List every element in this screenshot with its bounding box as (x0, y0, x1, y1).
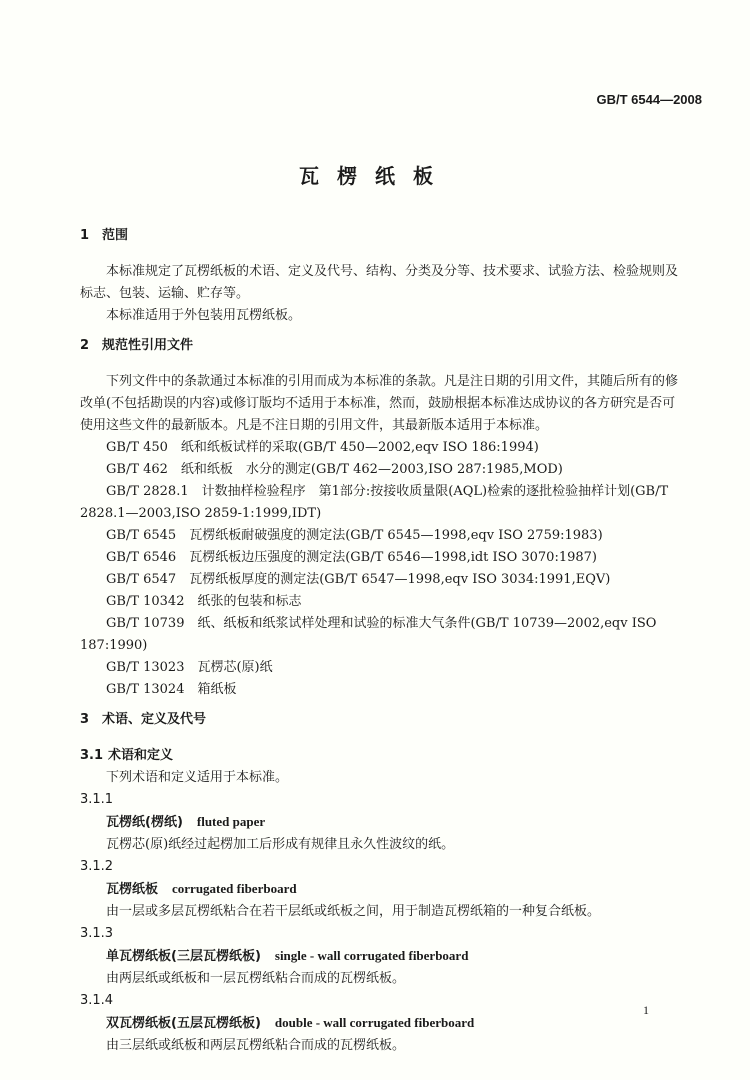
paragraph: 本标准适用于外包装用瓦楞纸板。 (80, 305, 680, 327)
reference-item: GB/T 462 纸和纸板 水分的测定(GB/T 462—2003,ISO 28… (80, 459, 680, 481)
reference-item: GB/T 6545 瓦楞纸板耐破强度的测定法(GB/T 6545—1998,eq… (80, 525, 680, 547)
term-title: 单瓦楞纸板(三层瓦楞纸板)single - wall corrugated fi… (106, 945, 680, 968)
reference-item: GB/T 2828.1 计数抽样检验程序 第1部分:按接收质量限(AQL)检索的… (80, 481, 680, 525)
term-title: 瓦楞纸(楞纸)fluted paper (106, 811, 680, 834)
paragraph: 下列术语和定义适用于本标准。 (80, 767, 680, 789)
term-definition: 由两层纸或纸板和一层瓦楞纸粘合而成的瓦楞纸板。 (106, 968, 680, 990)
reference-item: GB/T 13023 瓦楞芯(原)纸 (80, 657, 680, 679)
reference-item: GB/T 10342 纸张的包装和标志 (80, 591, 680, 613)
reference-item: GB/T 450 纸和纸板试样的采取(GB/T 450—2002,eqv ISO… (80, 437, 680, 459)
paragraph: 下列文件中的条款通过本标准的引用而成为本标准的条款。凡是注日期的引用文件，其随后… (80, 371, 680, 437)
term-title: 瓦楞纸板corrugated fiberboard (106, 878, 680, 901)
reference-item: GB/T 13024 箱纸板 (80, 679, 680, 701)
section-heading-scope: 1范围 (80, 225, 680, 247)
clause-number: 3.1.1 (80, 789, 680, 811)
document-body: 1范围 本标准规定了瓦楞纸板的术语、定义及代号、结构、分类及分等、技术要求、试验… (80, 225, 680, 1057)
term-definition: 由三层纸或纸板和两层瓦楞纸粘合而成的瓦楞纸板。 (106, 1035, 680, 1057)
subsection-heading: 3.1术语和定义 (80, 745, 680, 767)
document-title: 瓦楞纸板 (0, 160, 750, 189)
reference-item: GB/T 6547 瓦楞纸板厚度的测定法(GB/T 6547—1998,eqv … (80, 569, 680, 591)
paragraph: 本标准规定了瓦楞纸板的术语、定义及代号、结构、分类及分等、技术要求、试验方法、检… (80, 261, 680, 305)
reference-item: GB/T 10739 纸、纸板和纸浆试样处理和试验的标准大气条件(GB/T 10… (80, 613, 680, 657)
clause-number: 3.1.3 (80, 923, 680, 945)
term-title: 双瓦楞纸板(五层瓦楞纸板)double - wall corrugated fi… (106, 1012, 680, 1035)
section-heading-normative-references: 2规范性引用文件 (80, 335, 680, 357)
section-heading-terms: 3术语、定义及代号 (80, 709, 680, 731)
clause-number: 3.1.2 (80, 856, 680, 878)
clause-number: 3.1.4 (80, 990, 680, 1012)
term-definition: 瓦楞芯(原)纸经过起楞加工后形成有规律且永久性波纹的纸。 (106, 834, 680, 856)
standard-code: GB/T 6544—2008 (596, 92, 702, 107)
page-number: 1 (643, 1003, 649, 1018)
reference-item: GB/T 6546 瓦楞纸板边压强度的测定法(GB/T 6546—1998,id… (80, 547, 680, 569)
term-definition: 由一层或多层瓦楞纸粘合在若干层纸或纸板之间，用于制造瓦楞纸箱的一种复合纸板。 (106, 901, 680, 923)
